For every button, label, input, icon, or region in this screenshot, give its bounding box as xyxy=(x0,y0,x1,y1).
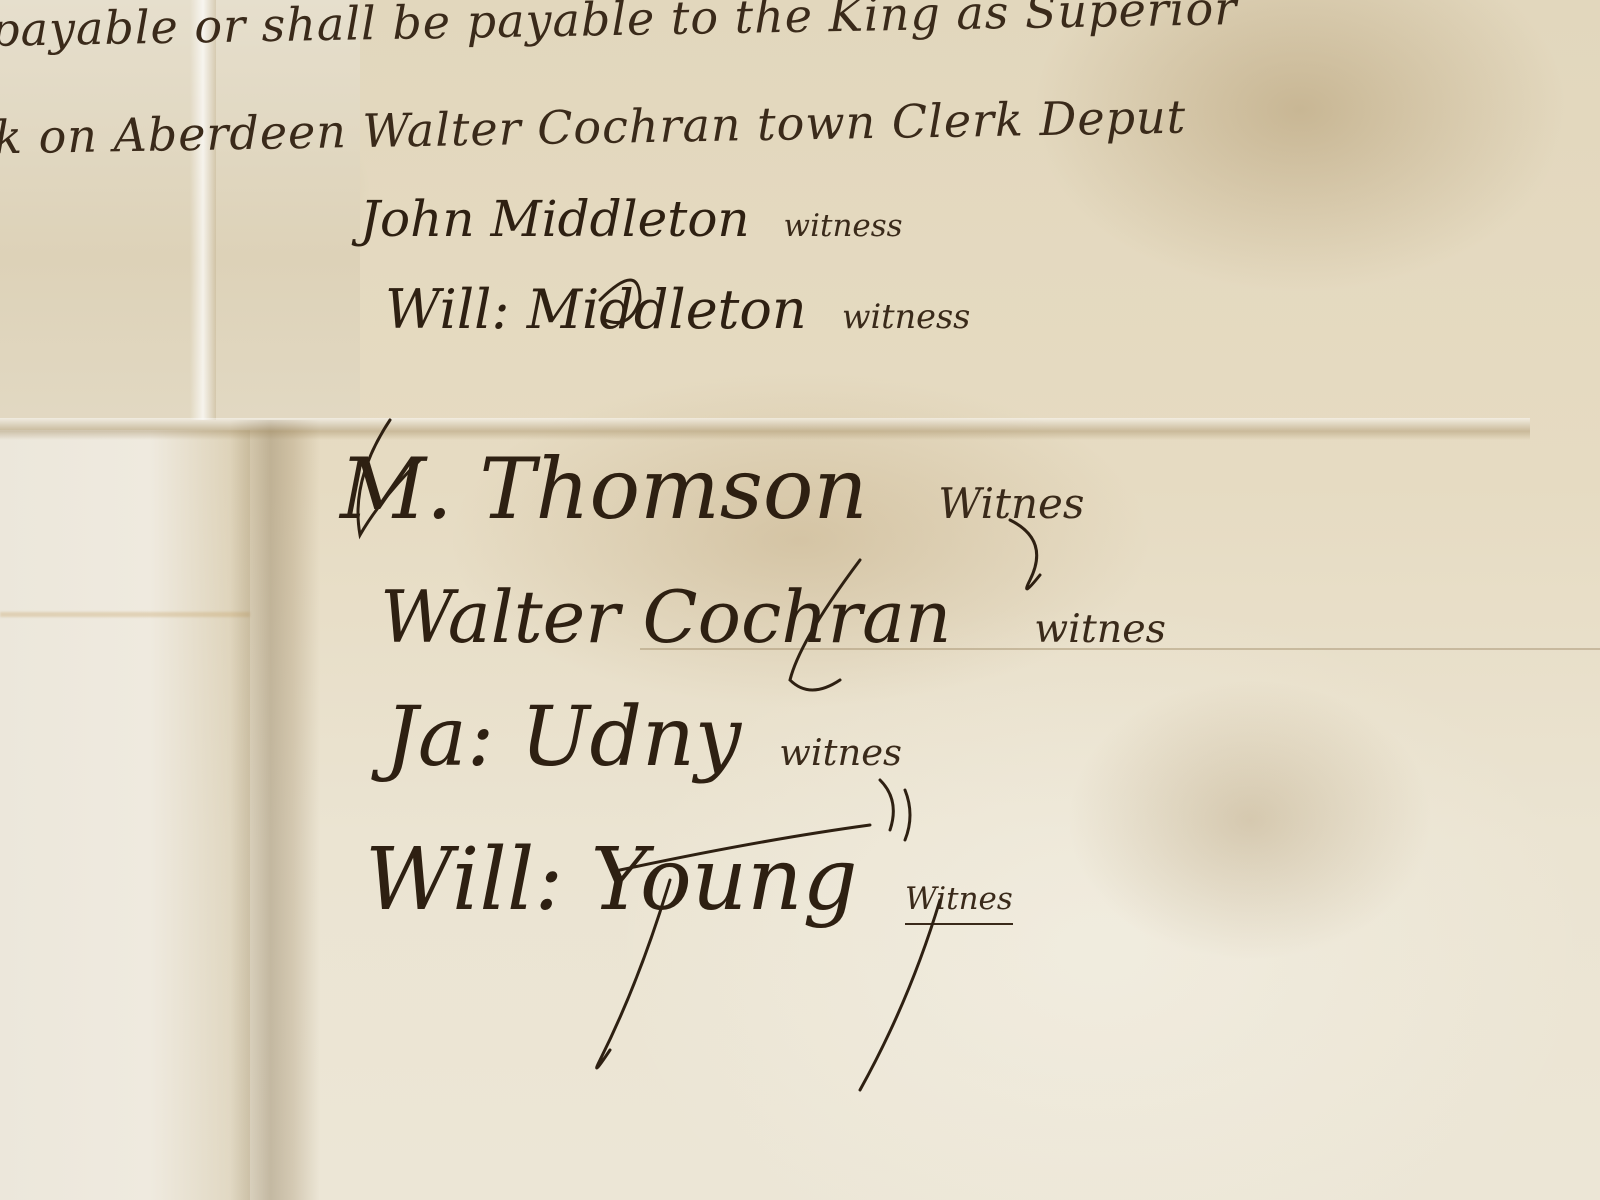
ink-flourish-icon xyxy=(0,0,1600,1200)
